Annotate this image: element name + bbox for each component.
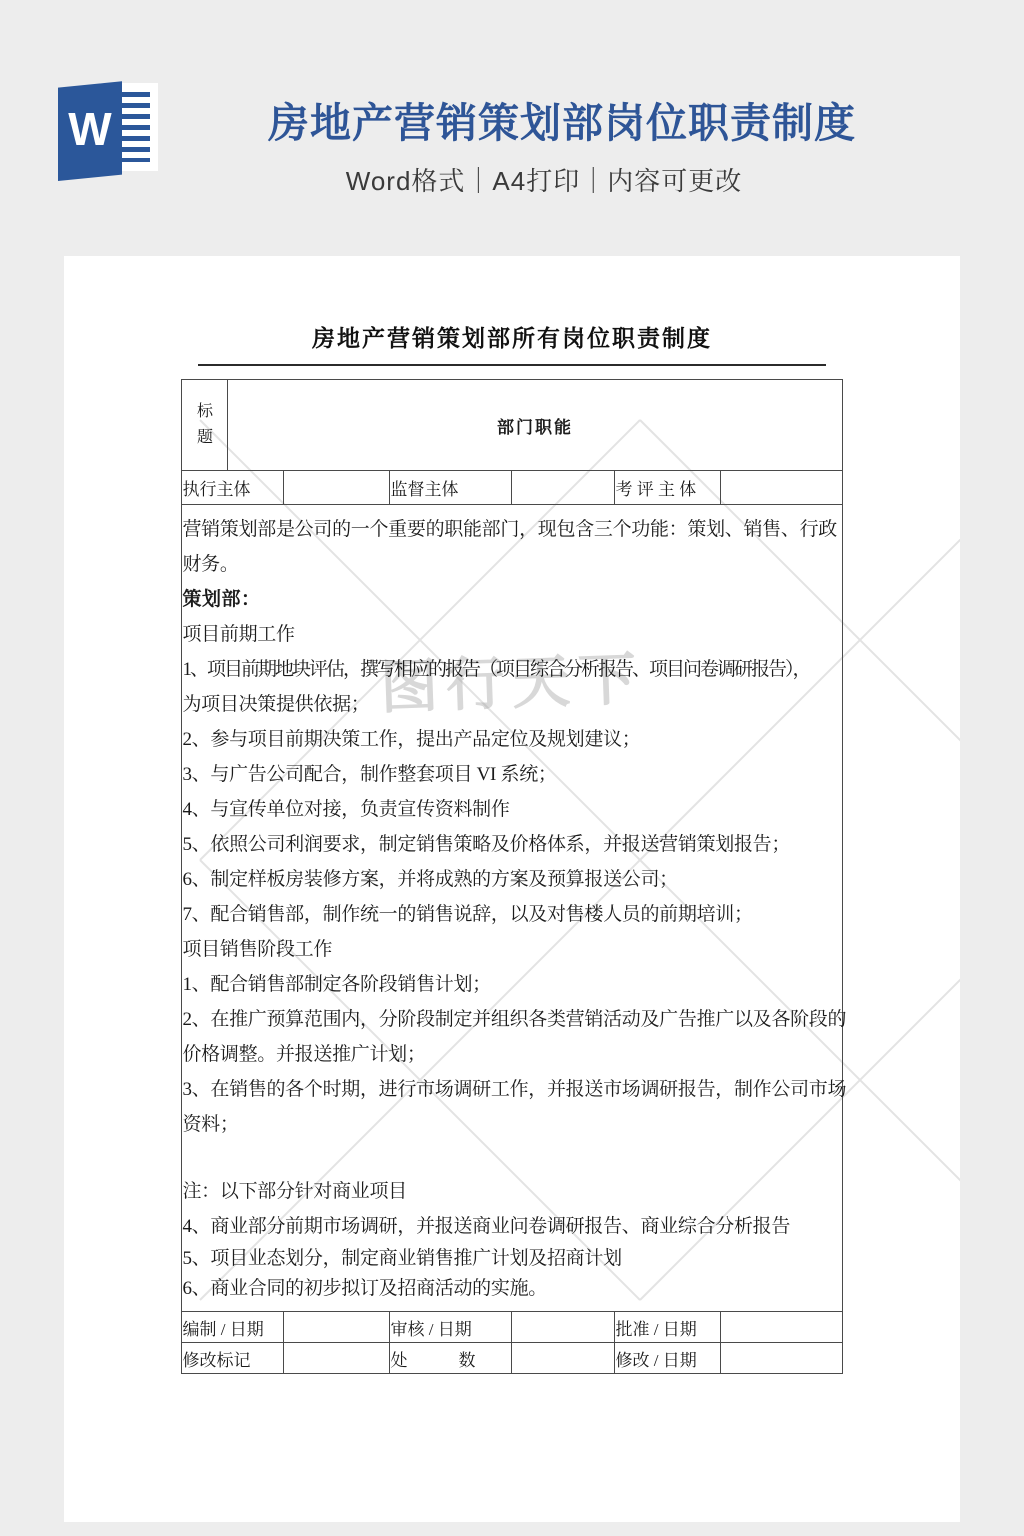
approved-date-label: 批准 / 日期 [615,1312,721,1343]
body-line: 项目销售阶段工作 [182,932,841,967]
modified-date-label: 修改 / 日期 [615,1343,721,1374]
modified-date-value [721,1343,842,1374]
supervisor-label: 监督主体 [390,471,512,505]
revision-mark-value [284,1343,390,1374]
page-title: 房地产营销策划部岗位职责制度 [50,90,1024,149]
copies-value [512,1343,615,1374]
body-line: 1、配合销售部制定各阶段销售计划； [182,967,841,1002]
evaluator-label: 考 评 主 体 [615,471,721,505]
title-row-label-char: 题 [182,430,227,446]
reviewed-date-label: 审核 / 日期 [390,1312,512,1343]
prepared-date-label: 编制 / 日期 [182,1312,284,1343]
body-line: 6、商业合同的初步拟订及招商活动的实施。 [182,1274,841,1304]
doc-table: 标 题 部门职能 执行主体 监督主体 考 评 主 体 营销策划部是公司的一个重要… [181,379,842,1374]
subjects-row: 执行主体 监督主体 考 评 主 体 [182,471,842,505]
copies-label: 处 数 [390,1343,512,1374]
body-line: 1、项目前期地块评估，撰写相应的报告（项目综合分析报告、项目问卷调研报告）， [182,652,841,687]
body-line: 为项目决策提供依据； [182,687,841,722]
page-subtitle: Word格式｜A4打印｜内容可更改 [32,161,1024,198]
body-line: 4、商业部分前期市场调研，并报送商业问卷调研报告、商业综合分析报告 [182,1209,841,1244]
body-line: 3、与广告公司配合，制作整套项目 VI 系统； [182,757,841,792]
body-line: 4、与宣传单位对接，负责宣传资料制作 [182,792,841,827]
body-line: 策划部： [182,582,841,617]
page-header: W 房地产营销策划部岗位职责制度 Word格式｜A4打印｜内容可更改 [0,0,1024,256]
footer-row-1: 编制 / 日期 审核 / 日期 批准 / 日期 [182,1312,842,1343]
footer-row-2: 修改标记 处 数 修改 / 日期 [182,1343,842,1374]
body-line: 资料； [182,1107,841,1142]
evaluator-value [721,471,842,505]
body-line: 注：以下部分针对商业项目 [182,1174,841,1209]
revision-mark-label: 修改标记 [182,1343,284,1374]
body-line: 2、参与项目前期决策工作，提出产品定位及规划建议； [182,722,841,757]
reviewed-date-value [512,1312,615,1343]
body-line: 营销策划部是公司的一个重要的职能部门，现包含三个功能：策划、销售、行政 [182,512,841,547]
executor-value [284,471,390,505]
body-line: 5、项目业态划分，制定商业销售推广计划及招商计划 [182,1244,841,1274]
body-line-blank [182,1142,841,1174]
body-line: 价格调整。并报送推广计划； [182,1037,841,1072]
body-line: 项目前期工作 [182,617,841,652]
title-row: 标 题 部门职能 [182,380,842,471]
document-page: 图行天下 房地产营销策划部所有岗位职责制度 标 题 部门职能 执行主体 监督主体 [64,256,960,1522]
body-line: 2、在推广预算范围内，分阶段制定并组织各类营销活动及广告推广以及各阶段的 [182,1002,841,1037]
approved-date-value [721,1312,842,1343]
body-cell: 营销策划部是公司的一个重要的职能部门，现包含三个功能：策划、销售、行政 财务。 … [182,505,842,1312]
prepared-date-value [284,1312,390,1343]
title-row-label-char: 标 [182,404,227,420]
section-title: 部门职能 [228,380,842,471]
body-line: 财务。 [182,547,841,582]
body-line: 3、在销售的各个时期，进行市场调研工作，并报送市场调研报告，制作公司市场 [182,1072,841,1107]
doc-title: 房地产营销策划部所有岗位职责制度 [198,320,826,366]
body-line: 6、制定样板房装修方案，并将成熟的方案及预算报送公司； [182,862,841,897]
body-row: 营销策划部是公司的一个重要的职能部门，现包含三个功能：策划、销售、行政 财务。 … [182,505,842,1312]
supervisor-value [512,471,615,505]
body-line: 7、配合销售部，制作统一的销售说辞，以及对售楼人员的前期培训； [182,897,841,932]
executor-label: 执行主体 [182,471,284,505]
body-line: 5、依照公司利润要求，制定销售策略及价格体系，并报送营销策划报告； [182,827,841,862]
title-row-label: 标 题 [182,380,228,471]
